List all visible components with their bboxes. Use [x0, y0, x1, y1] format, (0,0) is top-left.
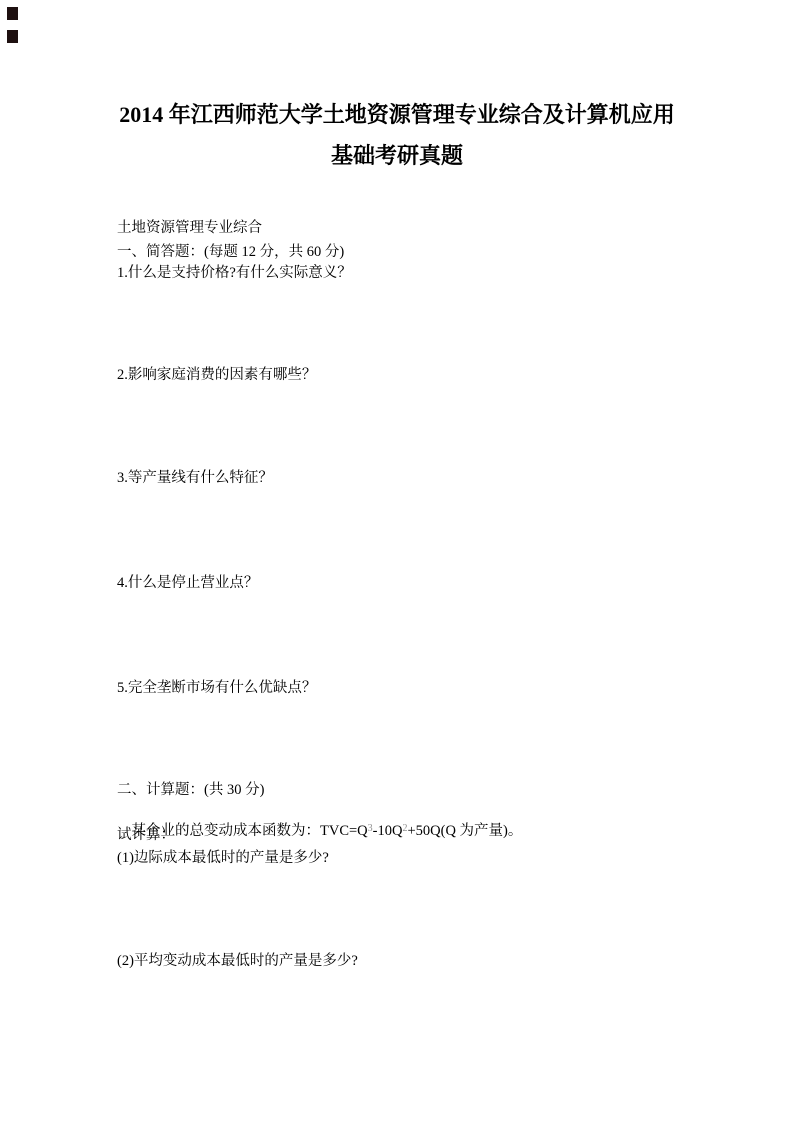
section-label: 土地资源管理专业综合 [117, 219, 262, 237]
doc-image-placeholder-1 [7, 7, 18, 20]
question-1: 1.什么是支持价格?有什么实际意义？ [117, 264, 352, 282]
formula-middle: -10Q [373, 823, 403, 839]
question-4: 4.什么是停止营业点？ [117, 574, 258, 592]
try-compute-label: 试计算： [117, 826, 175, 844]
sub-question-2: (2)平均变动成本最低时的产量是多少? [117, 952, 358, 970]
doc-image-placeholder-2 [7, 30, 18, 43]
sub-question-1: (1)边际成本最低时的产量是多少? [117, 849, 329, 867]
question-2: 2.影响家庭消费的因素有哪些？ [117, 366, 316, 384]
document-page: 2014 年江西师范大学土地资源管理专业综合及计算机应用 基础考研真题 土地资源… [0, 0, 794, 1123]
document-title-line-1: 2014 年江西师范大学土地资源管理专业综合及计算机应用 [0, 103, 794, 127]
part1-header: 一、简答题：(每题 12 分，共 60 分) [117, 243, 344, 261]
formula-suffix: +50Q(Q 为产量)。 [407, 823, 522, 839]
question-5: 5.完全垄断市场有什么优缺点？ [117, 679, 316, 697]
part2-header: 二、计算题：(共 30 分) [117, 781, 264, 799]
question-3: 3.等产量线有什么特征？ [117, 469, 273, 487]
document-title-line-2: 基础考研真题 [0, 144, 794, 168]
